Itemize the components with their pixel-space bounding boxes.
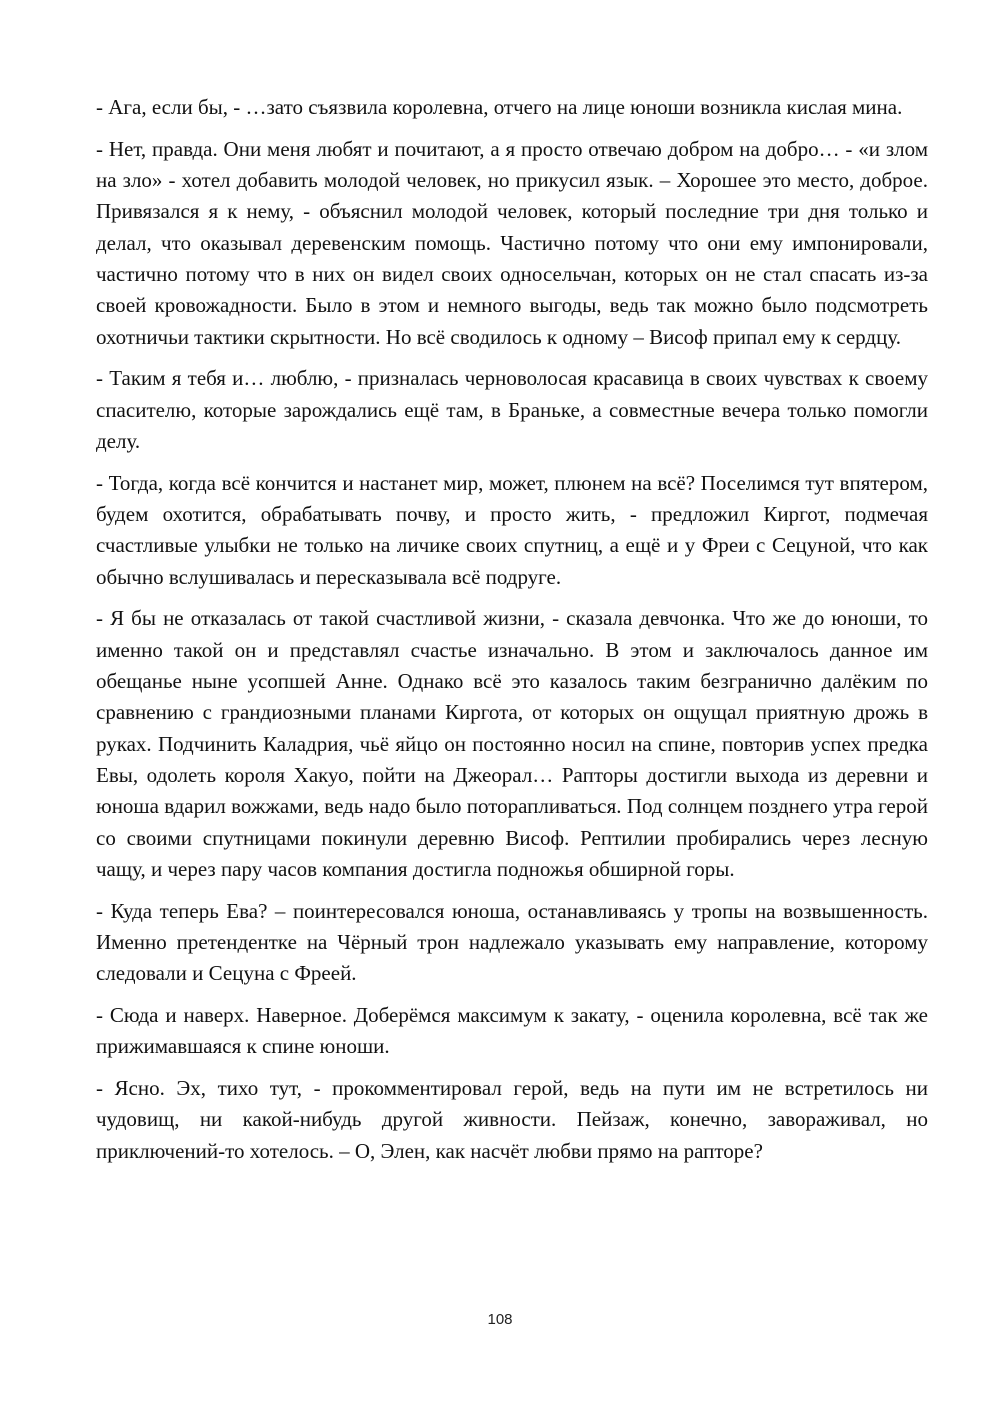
paragraph: - Ага, если бы, - …зато съязвила королев… xyxy=(96,92,928,123)
paragraph: - Я бы не отказалась от такой счастливой… xyxy=(96,603,928,885)
paragraph: - Сюда и наверх. Наверное. Доберёмся мак… xyxy=(96,1000,928,1063)
paragraph: - Тогда, когда всё кончится и настанет м… xyxy=(96,468,928,593)
page-number: 108 xyxy=(0,1311,1000,1328)
document-body: - Ага, если бы, - …зато съязвила королев… xyxy=(96,92,928,1178)
paragraph: - Таким я тебя и… люблю, - призналась че… xyxy=(96,363,928,457)
paragraph: - Ясно. Эх, тихо тут, - прокомментировал… xyxy=(96,1073,928,1167)
paragraph: - Нет, правда. Они меня любят и почитают… xyxy=(96,134,928,353)
paragraph: - Куда теперь Ева? – поинтересовался юно… xyxy=(96,896,928,990)
